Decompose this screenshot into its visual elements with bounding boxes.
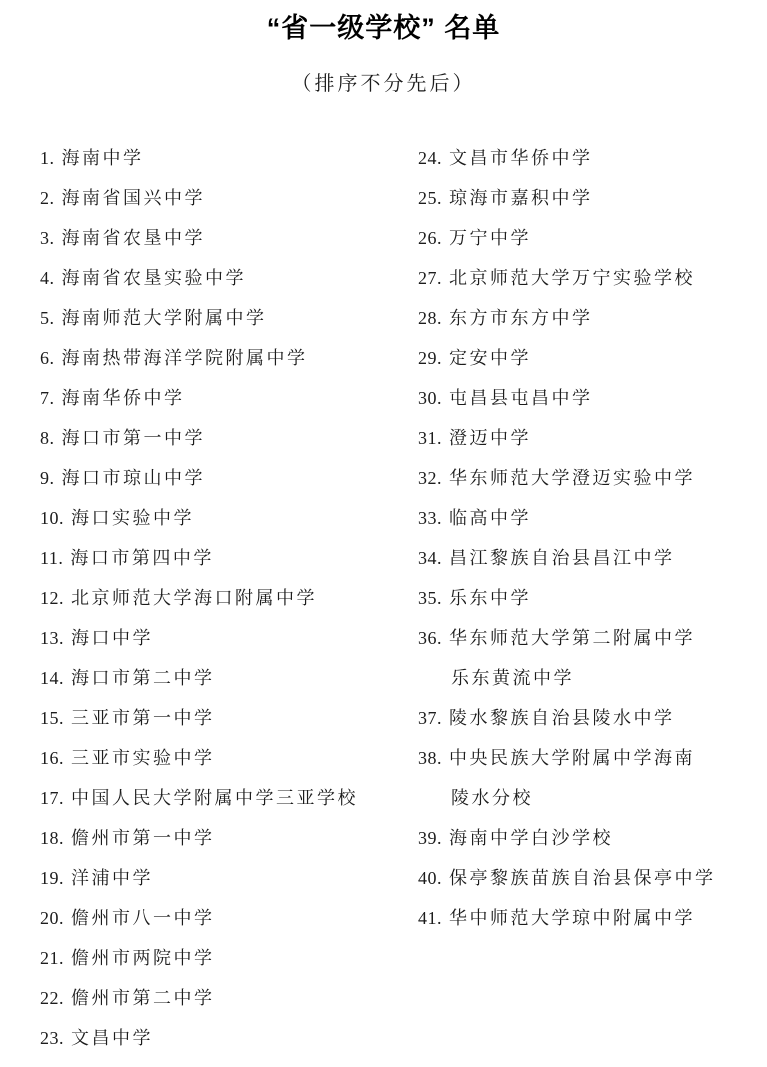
item-line: 33.临高中学 [418,498,767,538]
school-name: 陵水黎族自治县陵水中学 [449,708,675,728]
item-number: 18. [40,828,64,848]
item-number: 38. [418,748,442,768]
list-item: 16.三亚市实验中学 [40,738,418,778]
item-line: 34.昌江黎族自治县昌江中学 [418,538,767,578]
school-name: 华中师范大学琼中附属中学 [449,908,695,928]
item-number: 1. [40,148,55,168]
school-name: 海口市第二中学 [71,668,215,688]
item-line: 16.三亚市实验中学 [40,738,418,778]
list-item: 41.华中师范大学琼中附属中学 [418,898,767,938]
list-item: 3.海南省农垦中学 [40,218,418,258]
item-number: 24. [418,148,442,168]
list-item: 25.琼海市嘉积中学 [418,178,767,218]
school-name: 海口市第四中学 [70,548,214,568]
school-name: 海南中学 [62,148,144,168]
list-item: 18.儋州市第一中学 [40,818,418,858]
list-item: 9.海口市琼山中学 [40,458,418,498]
item-number: 15. [40,708,64,728]
school-name: 海南省国兴中学 [62,188,206,208]
list-item: 34.昌江黎族自治县昌江中学 [418,538,767,578]
item-number: 37. [418,708,442,728]
item-number: 26. [418,228,442,248]
item-number: 16. [40,748,64,768]
item-number: 41. [418,908,442,928]
list-item: 1.海南中学 [40,138,418,178]
school-name: 华东师范大学第二附属中学 [449,628,695,648]
list-item: 8.海口市第一中学 [40,418,418,458]
item-line: 17.中国人民大学附属中学三亚学校 [40,778,418,818]
list-item: 12.北京师范大学海口附属中学 [40,578,418,618]
item-number: 13. [40,628,64,648]
school-name: 三亚市第一中学 [71,708,215,728]
item-line: 1.海南中学 [40,138,418,178]
item-line: 6.海南热带海洋学院附属中学 [40,338,418,378]
item-text-continuation: 乐东黄流中学 [418,658,767,698]
item-line: 25.琼海市嘉积中学 [418,178,767,218]
list-item: 29.定安中学 [418,338,767,378]
item-line: 5.海南师范大学附属中学 [40,298,418,338]
list-item: 28.东方市东方中学 [418,298,767,338]
item-line: 9.海口市琼山中学 [40,458,418,498]
item-number: 17. [40,788,64,808]
list-item: 38.中央民族大学附属中学海南陵水分校 [418,738,767,818]
item-number: 7. [40,388,55,408]
list-item: 37.陵水黎族自治县陵水中学 [418,698,767,738]
item-number: 30. [418,388,442,408]
item-line: 20.儋州市八一中学 [40,898,418,938]
school-name: 东方市东方中学 [449,308,593,328]
list-item: 23.文昌中学 [40,1018,418,1058]
school-name: 海南中学白沙学校 [449,828,613,848]
school-name: 中央民族大学附属中学海南 [449,748,695,768]
school-name: 保亭黎族苗族自治县保亭中学 [449,868,716,888]
item-text-continuation: 陵水分校 [418,778,767,818]
item-number: 28. [418,308,442,328]
school-name: 海口市第一中学 [62,428,206,448]
school-name: 琼海市嘉积中学 [449,188,593,208]
school-name: 儋州市八一中学 [71,908,215,928]
item-number: 35. [418,588,442,608]
school-name: 澄迈中学 [449,428,531,448]
list-item: 40.保亭黎族苗族自治县保亭中学 [418,858,767,898]
list-item: 4.海南省农垦实验中学 [40,258,418,298]
item-number: 39. [418,828,442,848]
item-number: 22. [40,988,64,1008]
list-item: 30.屯昌县屯昌中学 [418,378,767,418]
list-item: 27.北京师范大学万宁实验学校 [418,258,767,298]
list-item: 7.海南华侨中学 [40,378,418,418]
item-line: 35.乐东中学 [418,578,767,618]
document-page: “省一级学校” 名单 （排序不分先后） 1.海南中学2.海南省国兴中学3.海南省… [0,0,767,1067]
item-line: 36.华东师范大学第二附属中学 [418,618,767,658]
page-subtitle: （排序不分先后） [0,67,767,96]
item-line: 15.三亚市第一中学 [40,698,418,738]
school-name: 海南师范大学附属中学 [62,308,267,328]
item-number: 25. [418,188,442,208]
item-number: 11. [40,548,63,568]
item-number: 6. [40,348,55,368]
item-line: 22.儋州市第二中学 [40,978,418,1018]
item-line: 29.定安中学 [418,338,767,378]
school-name: 海南热带海洋学院附属中学 [62,348,308,368]
item-line: 18.儋州市第一中学 [40,818,418,858]
item-number: 2. [40,188,55,208]
school-name: 陵水分校 [451,788,533,808]
school-name: 北京师范大学万宁实验学校 [449,268,695,288]
item-line: 28.东方市东方中学 [418,298,767,338]
list-item: 21.儋州市两院中学 [40,938,418,978]
item-number: 34. [418,548,442,568]
list-item: 24.文昌市华侨中学 [418,138,767,178]
list-item: 19.洋浦中学 [40,858,418,898]
column-right: 24.文昌市华侨中学25.琼海市嘉积中学26.万宁中学27.北京师范大学万宁实验… [418,138,767,938]
list-item: 31.澄迈中学 [418,418,767,458]
item-line: 19.洋浦中学 [40,858,418,898]
list-item: 2.海南省国兴中学 [40,178,418,218]
school-name: 儋州市第一中学 [71,828,215,848]
item-number: 3. [40,228,55,248]
school-name: 三亚市实验中学 [71,748,215,768]
school-name: 海口市琼山中学 [62,468,206,488]
item-line: 12.北京师范大学海口附属中学 [40,578,418,618]
item-line: 39.海南中学白沙学校 [418,818,767,858]
item-number: 23. [40,1028,64,1048]
item-line: 7.海南华侨中学 [40,378,418,418]
item-line: 21.儋州市两院中学 [40,938,418,978]
item-line: 10.海口实验中学 [40,498,418,538]
list-item: 39.海南中学白沙学校 [418,818,767,858]
school-name: 万宁中学 [449,228,531,248]
item-number: 10. [40,508,64,528]
school-name: 文昌市华侨中学 [449,148,593,168]
school-name: 洋浦中学 [71,868,153,888]
item-line: 8.海口市第一中学 [40,418,418,458]
item-line: 40.保亭黎族苗族自治县保亭中学 [418,858,767,898]
school-name: 儋州市两院中学 [71,948,215,968]
item-number: 4. [40,268,55,288]
page-title: “省一级学校” 名单 [0,0,767,45]
list-item: 10.海口实验中学 [40,498,418,538]
item-line: 27.北京师范大学万宁实验学校 [418,258,767,298]
item-line: 41.华中师范大学琼中附属中学 [418,898,767,938]
item-line: 11.海口市第四中学 [40,538,418,578]
school-name: 乐东黄流中学 [451,668,574,688]
list-item: 36.华东师范大学第二附属中学乐东黄流中学 [418,618,767,698]
list-item: 17.中国人民大学附属中学三亚学校 [40,778,418,818]
item-number: 19. [40,868,64,888]
item-line: 26.万宁中学 [418,218,767,258]
list-item: 26.万宁中学 [418,218,767,258]
item-line: 2.海南省国兴中学 [40,178,418,218]
item-number: 40. [418,868,442,888]
item-number: 21. [40,948,64,968]
school-name: 中国人民大学附属中学三亚学校 [71,788,358,808]
item-line: 31.澄迈中学 [418,418,767,458]
school-name: 海口实验中学 [71,508,194,528]
school-name: 定安中学 [449,348,531,368]
list-item: 32.华东师范大学澄迈实验中学 [418,458,767,498]
school-name: 屯昌县屯昌中学 [449,388,593,408]
school-name: 海南华侨中学 [62,388,185,408]
item-line: 38.中央民族大学附属中学海南 [418,738,767,778]
school-name: 海南省农垦实验中学 [62,268,247,288]
item-line: 37.陵水黎族自治县陵水中学 [418,698,767,738]
item-line: 23.文昌中学 [40,1018,418,1058]
list-item: 14.海口市第二中学 [40,658,418,698]
list-item: 11.海口市第四中学 [40,538,418,578]
item-number: 12. [40,588,64,608]
school-list: 1.海南中学2.海南省国兴中学3.海南省农垦中学4.海南省农垦实验中学5.海南师… [40,138,767,1058]
list-item: 33.临高中学 [418,498,767,538]
school-name: 乐东中学 [449,588,531,608]
item-number: 36. [418,628,442,648]
column-left: 1.海南中学2.海南省国兴中学3.海南省农垦中学4.海南省农垦实验中学5.海南师… [40,138,418,1058]
school-name: 华东师范大学澄迈实验中学 [449,468,695,488]
school-name: 儋州市第二中学 [71,988,215,1008]
list-item: 22.儋州市第二中学 [40,978,418,1018]
item-number: 32. [418,468,442,488]
list-item: 13.海口中学 [40,618,418,658]
item-number: 33. [418,508,442,528]
item-line: 4.海南省农垦实验中学 [40,258,418,298]
item-number: 29. [418,348,442,368]
item-line: 32.华东师范大学澄迈实验中学 [418,458,767,498]
item-number: 5. [40,308,55,328]
item-number: 9. [40,468,55,488]
item-number: 20. [40,908,64,928]
item-number: 27. [418,268,442,288]
list-item: 6.海南热带海洋学院附属中学 [40,338,418,378]
item-number: 8. [40,428,55,448]
school-name: 海南省农垦中学 [62,228,206,248]
list-item: 5.海南师范大学附属中学 [40,298,418,338]
item-number: 31. [418,428,442,448]
school-name: 海口中学 [71,628,153,648]
list-item: 15.三亚市第一中学 [40,698,418,738]
school-name: 临高中学 [449,508,531,528]
item-line: 14.海口市第二中学 [40,658,418,698]
list-item: 35.乐东中学 [418,578,767,618]
school-name: 北京师范大学海口附属中学 [71,588,317,608]
item-number: 14. [40,668,64,688]
item-line: 13.海口中学 [40,618,418,658]
item-line: 30.屯昌县屯昌中学 [418,378,767,418]
list-item: 20.儋州市八一中学 [40,898,418,938]
item-line: 24.文昌市华侨中学 [418,138,767,178]
school-name: 文昌中学 [71,1028,153,1048]
school-name: 昌江黎族自治县昌江中学 [449,548,675,568]
item-line: 3.海南省农垦中学 [40,218,418,258]
